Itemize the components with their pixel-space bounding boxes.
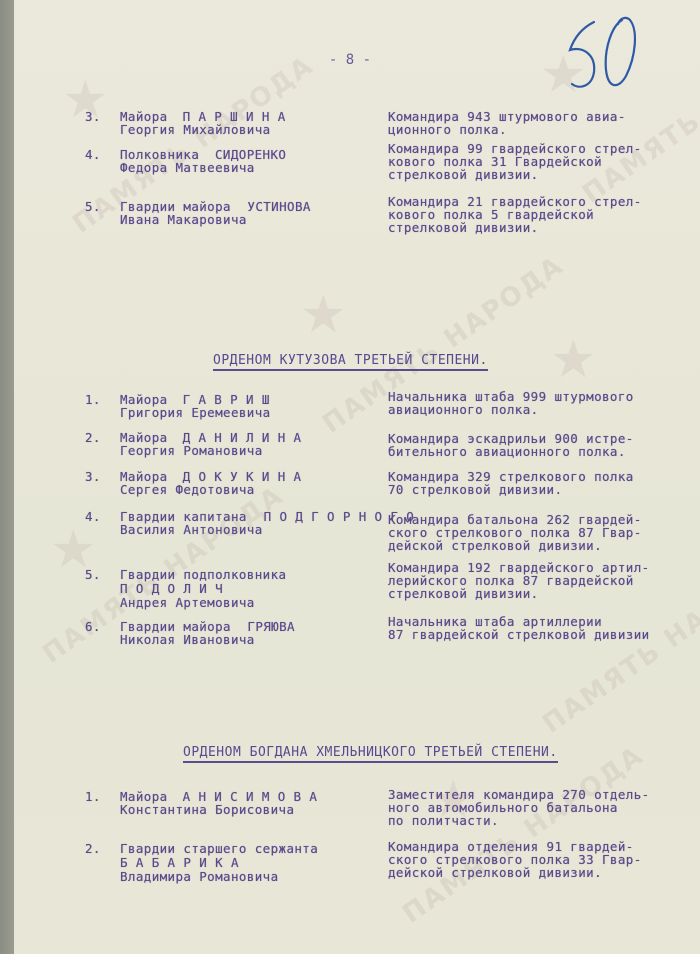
entry-rank: Гвардии старшего сержанта [120, 842, 318, 856]
section-heading: ОРДЕНОМ КУТУЗОВА ТРЕТЬЕЙ СТЕПЕНИ. [213, 353, 488, 371]
entry-position-line: 87 гвардейской стрелковой дивизии [388, 628, 650, 642]
entry-given-name: Сергея Федотовича [120, 483, 255, 497]
entry-position-line: дейской стрелковой дивизии. [388, 866, 602, 880]
entry-rank: Гвардии подполковника [120, 568, 286, 582]
section-heading: ОРДЕНОМ БОГДАНА ХМЕЛЬНИЦКОГО ТРЕТЬЕЙ СТЕ… [183, 745, 558, 763]
entry-number: 6. [85, 620, 101, 634]
entry-surname: Б А Б А Р И К А [120, 856, 239, 870]
entry-number: 5. [85, 200, 101, 214]
entry-position-line: ционного полка. [388, 123, 507, 137]
handwritten-sheet-number: 50 [560, 14, 650, 104]
entry-number: 2. [85, 842, 101, 856]
entry-number: 4. [85, 510, 101, 524]
entry-given-name: Василия Антоновича [120, 523, 263, 537]
entry-surname: П О Д О Л И Ч [120, 582, 223, 596]
entry-given-name: Владимира Романовича [120, 870, 279, 884]
entry-given-name: Григория Еремеевича [120, 406, 271, 420]
entry-given-name: Константина Борисовича [120, 803, 294, 817]
entry-number: 3. [85, 110, 101, 124]
entry-position-line: стрелковой дивизии. [388, 221, 539, 235]
entry-number: 3. [85, 470, 101, 484]
entry-given-name: Андрея Артемовича [120, 596, 255, 610]
entry-given-name: Федора Матвеевича [120, 161, 255, 175]
entry-surname: УСТИНОВА [247, 200, 310, 214]
scan-edge [0, 0, 14, 954]
entry-number: 5. [85, 568, 101, 582]
entry-number: 1. [85, 393, 101, 407]
entry-position-line: бительного авиационного полка. [388, 445, 626, 459]
entry-number: 2. [85, 431, 101, 445]
entry-position-line: стрелковой дивизии. [388, 587, 539, 601]
entry-position-line: по политчасти. [388, 814, 499, 828]
entry-position-line: 70 стрелковой дивизии. [388, 483, 562, 497]
entry-number: 1. [85, 790, 101, 804]
entry-given-name: Ивана Макаровича [120, 213, 247, 227]
entry-position-line: авиационного полка. [388, 403, 539, 417]
entry-given-name: Николая Ивановича [120, 633, 255, 647]
entry-given-name: Георгия Михайловича [120, 123, 271, 137]
entry-position-line: дейской стрелковой дивизии. [388, 539, 602, 553]
entry-given-name: Георгия Романовича [120, 444, 263, 458]
entry-position-line: стрелковой дивизии. [388, 168, 539, 182]
entry-number: 4. [85, 148, 101, 162]
